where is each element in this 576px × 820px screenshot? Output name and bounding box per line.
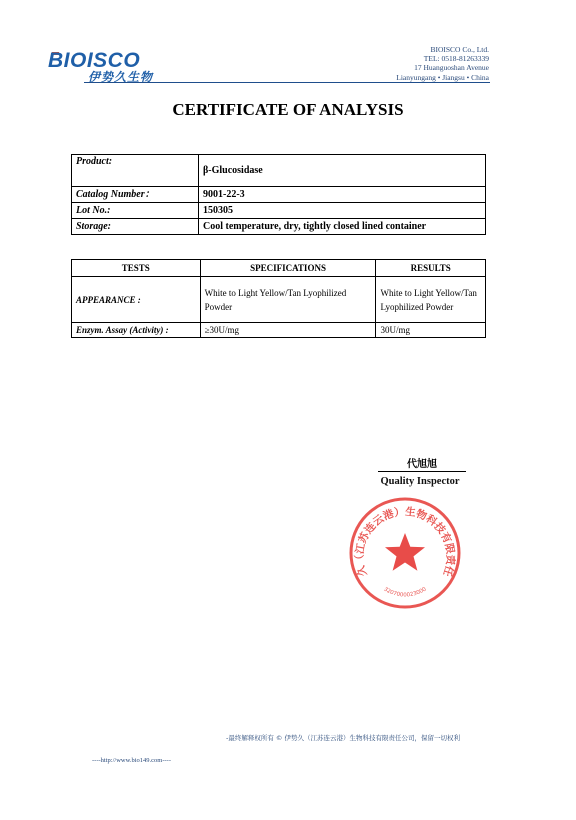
- lot-value: 150305: [199, 203, 486, 219]
- company-address-block: BIOISCO Co., Ltd. TEL: 0518-81263339 17 …: [396, 45, 489, 82]
- star-icon: [385, 533, 425, 571]
- table-row: Enzym. Assay (Activity) : ≥30U/mg 30U/mg: [72, 323, 486, 338]
- footer-copyright: -最终解释权所有 © 伊势久（江苏连云港）生物科技有限责任公司，保留一切权利: [226, 733, 460, 742]
- seal-text: 伊势久（江苏连云港）生物科技有限责任公司: [347, 495, 457, 579]
- seal-number: 3207000023000: [382, 586, 428, 598]
- lot-label: Lot No.:: [72, 203, 199, 219]
- footer-website-link[interactable]: ----http://www.bio149.com----: [92, 757, 171, 764]
- storage-label: Storage:: [72, 219, 199, 235]
- header-results: RESULTS: [376, 260, 486, 277]
- header-specifications: SPECIFICATIONS: [200, 260, 376, 277]
- header-tests: TESTS: [72, 260, 201, 277]
- test-name: APPEARANCE :: [72, 277, 201, 323]
- company-logo: BIOISCO 伊势久生物: [48, 50, 158, 84]
- product-value: β-Glucosidase: [199, 155, 486, 187]
- info-row-product: Product: β-Glucosidase: [72, 155, 486, 187]
- company-tel: TEL: 0518-81263339: [396, 54, 489, 63]
- storage-value: Cool temperature, dry, tightly closed li…: [199, 219, 486, 235]
- company-seal-stamp: 伊势久（江苏连云港）生物科技有限责任公司 3207000023000: [347, 495, 463, 611]
- test-specification: ≥30U/mg: [200, 323, 376, 338]
- product-info-table: Product: β-Glucosidase Catalog Number： 9…: [71, 154, 486, 235]
- product-label: Product:: [72, 155, 199, 187]
- inspector-signature: 代旭旭: [378, 459, 466, 472]
- document-title: CERTIFICATE OF ANALYSIS: [0, 100, 576, 120]
- catalog-label: Catalog Number：: [72, 187, 199, 203]
- catalog-value: 9001-22-3: [199, 187, 486, 203]
- logo-text: BIOISCO: [48, 50, 140, 72]
- info-row-catalog: Catalog Number： 9001-22-3: [72, 187, 486, 203]
- company-street: 17 Huanguoshan Avenue: [396, 63, 489, 72]
- test-result: White to Light Yellow/Tan Lyophilized Po…: [376, 277, 486, 323]
- tests-header-row: TESTS SPECIFICATIONS RESULTS: [72, 260, 486, 277]
- test-name: Enzym. Assay (Activity) :: [72, 323, 201, 338]
- tests-table: TESTS SPECIFICATIONS RESULTS APPEARANCE …: [71, 259, 486, 338]
- company-city: Lianyungang • Jiangsu • China: [396, 73, 489, 82]
- test-specification: White to Light Yellow/Tan Lyophilized Po…: [200, 277, 376, 323]
- company-name: BIOISCO Co., Ltd.: [396, 45, 489, 54]
- info-row-storage: Storage: Cool temperature, dry, tightly …: [72, 219, 486, 235]
- info-row-lot: Lot No.: 150305: [72, 203, 486, 219]
- table-row: APPEARANCE : White to Light Yellow/Tan L…: [72, 277, 486, 323]
- header-divider: [84, 82, 490, 83]
- inspector-role: Quality Inspector: [360, 476, 480, 487]
- test-result: 30U/mg: [376, 323, 486, 338]
